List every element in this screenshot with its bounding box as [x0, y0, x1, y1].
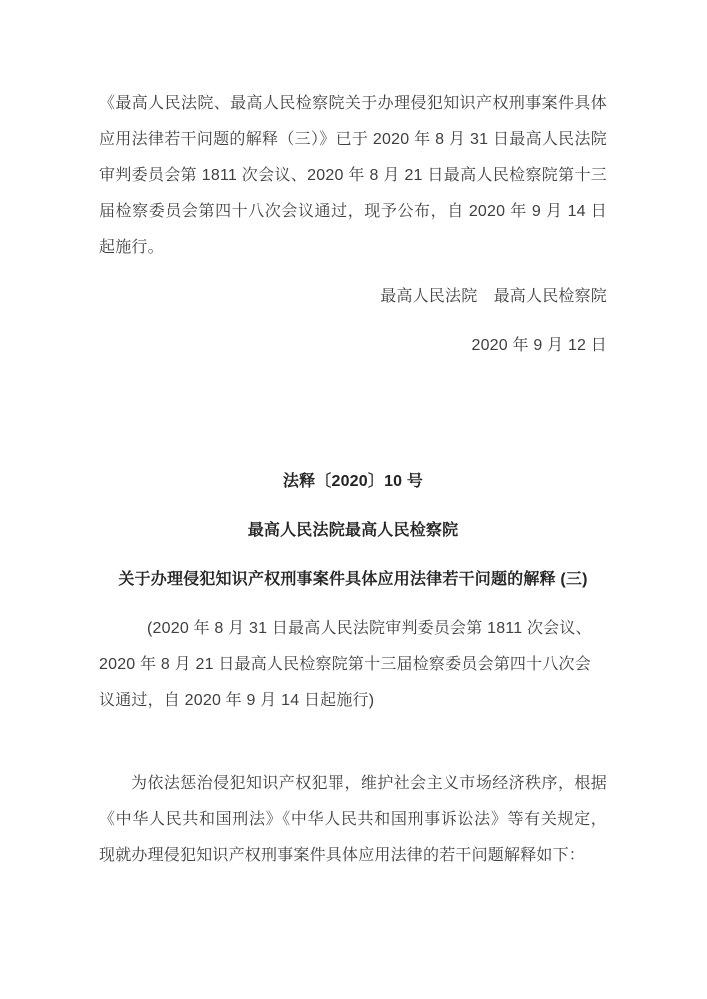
section-spacer [99, 377, 607, 464]
court-signature: 最高人民法院 最高人民检察院 [99, 279, 607, 315]
issuer-heading: 最高人民法院最高人民检察院 [99, 513, 607, 549]
announcement-paragraph: 《最高人民法院、最高人民检察院关于办理侵犯知识产权刑事案件具体应用法律若干问题的… [99, 86, 607, 266]
doc-number-heading: 法释〔2020〕10 号 [99, 464, 607, 500]
adoption-note: (2020 年 8 月 31 日最高人民法院审判委员会第 1811 次会议、20… [99, 611, 607, 719]
document-page: 《最高人民法院、最高人民检察院关于办理侵犯知识产权刑事案件具体应用法律若干问题的… [0, 0, 707, 999]
publish-date: 2020 年 9 月 12 日 [99, 328, 607, 364]
paragraph-spacer [99, 732, 607, 766]
title-heading: 关于办理侵犯知识产权刑事案件具体应用法律若干问题的解释 (三) [99, 562, 607, 598]
preamble-paragraph: 为依法惩治侵犯知识产权犯罪，维护社会主义市场经济秩序，根据《中华人民共和国刑法》… [99, 766, 607, 874]
